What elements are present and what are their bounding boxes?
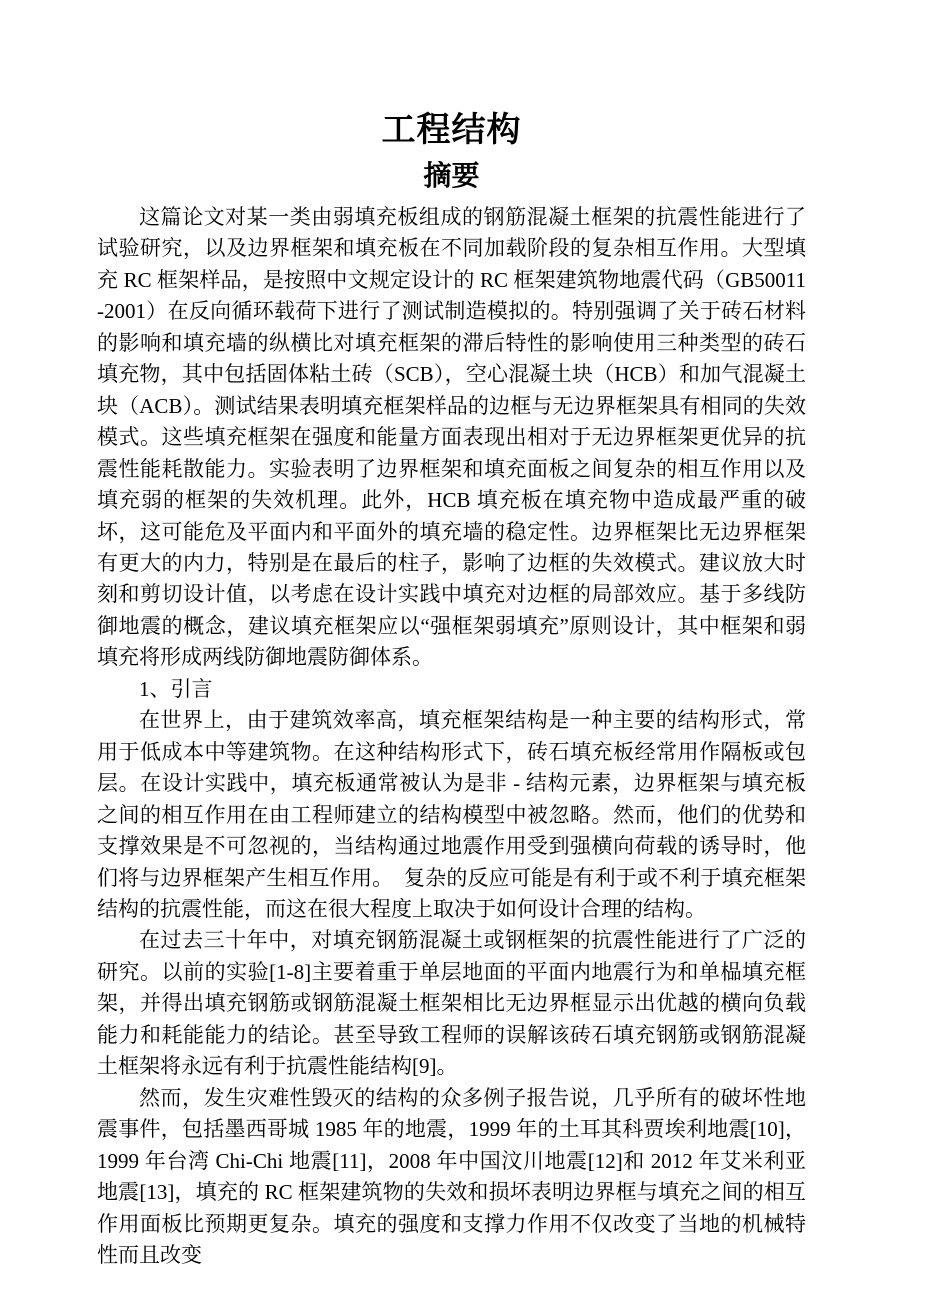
document-title: 工程结构 [97, 106, 806, 154]
section-heading-introduction: 1、引言 [97, 674, 806, 705]
document-content: 工程结构 摘要 这篇论文对某一类由弱填充板组成的钢筋混凝土框架的抗震性能进行了试… [97, 106, 806, 1271]
abstract-heading: 摘要 [97, 156, 806, 196]
introduction-paragraph-1: 在世界上，由于建筑效率高，填充框架结构是一种主要的结构形式，常用于低成本中等建筑… [97, 705, 806, 925]
document-page: 工程结构 摘要 这篇论文对某一类由弱填充板组成的钢筋混凝土框架的抗震性能进行了试… [0, 0, 926, 1309]
abstract-paragraph: 这篇论文对某一类由弱填充板组成的钢筋混凝土框架的抗震性能进行了试验研究，以及边界… [97, 202, 806, 674]
introduction-paragraph-3: 然而，发生灾难性毁灭的结构的众多例子报告说，几乎所有的破坏性地震事件，包括墨西哥… [97, 1083, 806, 1272]
introduction-paragraph-2: 在过去三十年中，对填充钢筋混凝土或钢框架的抗震性能进行了广泛的研究。以前的实验[… [97, 925, 806, 1082]
